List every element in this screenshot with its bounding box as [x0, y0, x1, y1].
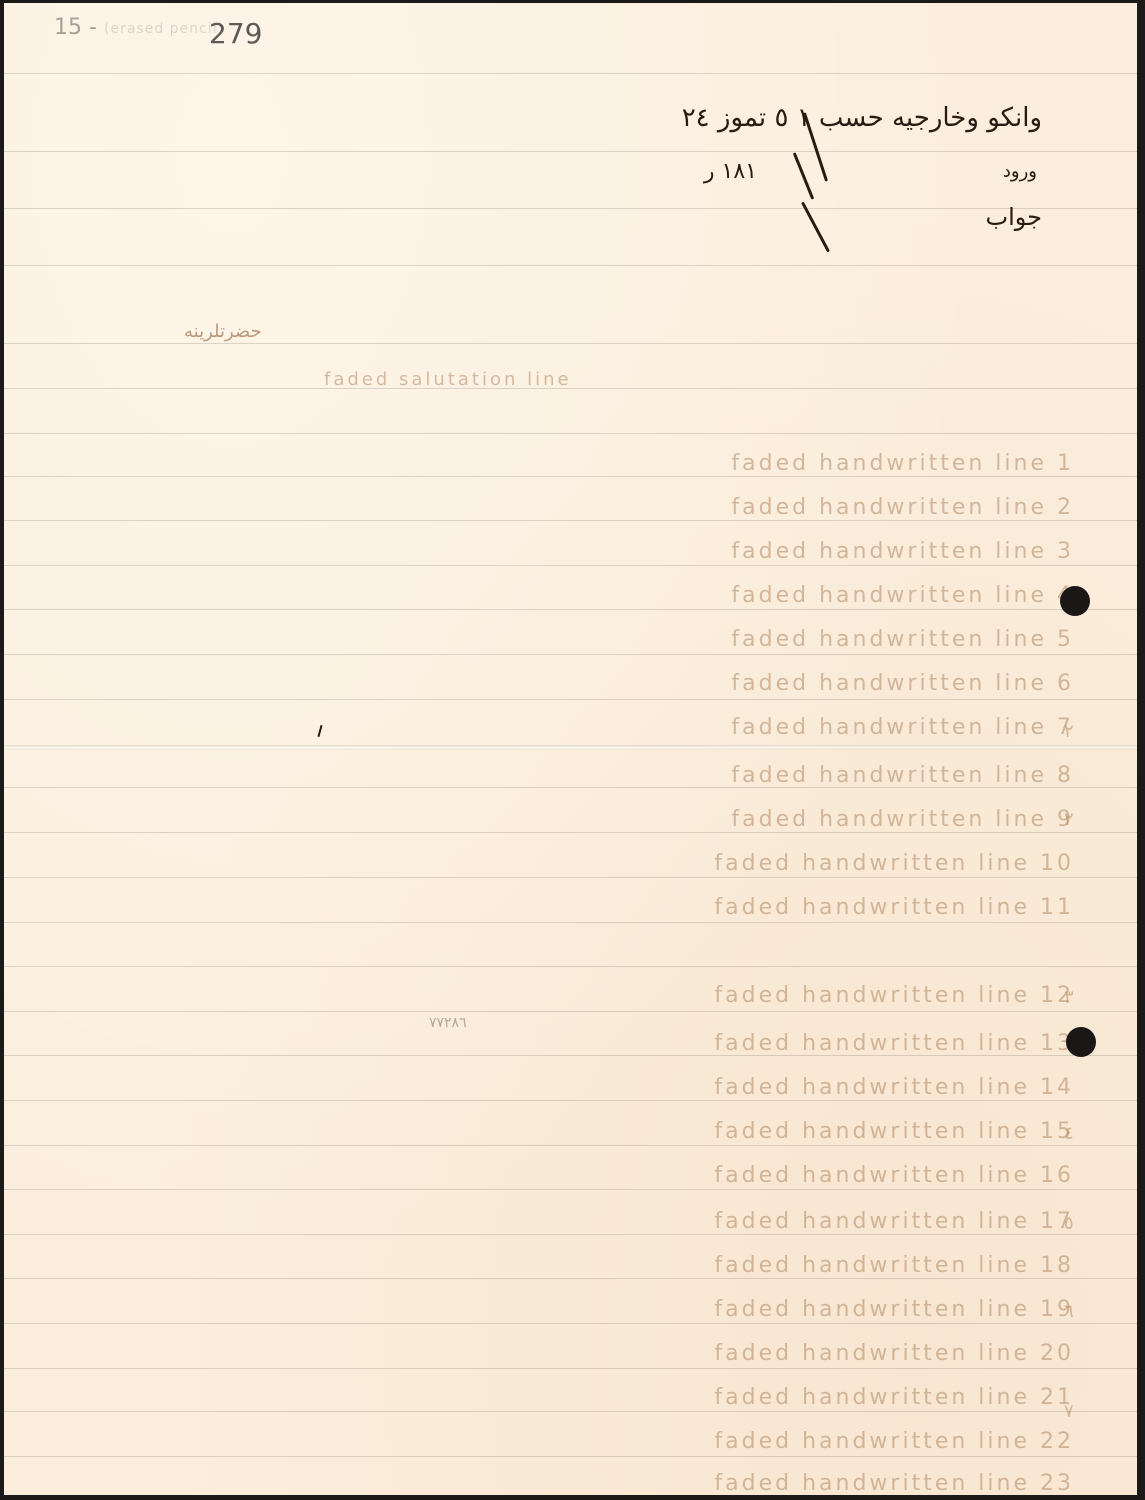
body-line: faded handwritten line 7: [104, 715, 1074, 740]
annotation-line-3: جواب: [986, 203, 1043, 231]
ruled-line: [4, 1011, 1137, 1012]
fold-crease: [4, 745, 1137, 750]
body-line: faded handwritten line 2: [104, 495, 1074, 520]
body-line: faded handwritten line 13: [104, 1031, 1074, 1056]
ruled-line: [4, 1411, 1137, 1412]
annotation-line-2: ورود: [1003, 161, 1037, 182]
margin-mark: ٥: [1064, 1213, 1074, 1234]
inline-numerals: ٧٧٢٨٦: [429, 1015, 467, 1031]
body-line: faded handwritten line 23: [104, 1471, 1074, 1495]
margin-mark: ٧: [1064, 1401, 1074, 1422]
body-line: faded handwritten line 18: [104, 1253, 1074, 1278]
archive-number: 279: [209, 17, 262, 50]
body-line: faded handwritten line 22: [104, 1429, 1074, 1454]
body-line: faded handwritten line 16: [104, 1163, 1074, 1188]
ruled-line: [4, 654, 1137, 655]
ruled-line: [4, 699, 1137, 700]
body-line: faded handwritten line 21: [104, 1385, 1074, 1410]
ruled-line: [4, 433, 1137, 434]
ruled-line: [4, 520, 1137, 521]
body-line: faded handwritten line 11: [104, 895, 1074, 920]
body-line: faded handwritten line 3: [104, 539, 1074, 564]
ruled-line: [4, 922, 1137, 923]
letter-salutation: faded salutation line: [324, 369, 572, 390]
ruled-line: [4, 609, 1137, 610]
annotation-stroke: [793, 152, 815, 199]
archive-erased-note: (erased pencil): [104, 21, 224, 37]
ruled-line: [4, 1189, 1137, 1190]
margin-mark: ٦: [1064, 1301, 1074, 1322]
ruled-line: [4, 1234, 1137, 1235]
ruled-line: [4, 208, 1137, 209]
body-line: faded handwritten line 8: [104, 763, 1074, 788]
ruled-line: [4, 832, 1137, 833]
punch-hole: [1066, 1027, 1096, 1057]
annotation-stroke: [801, 202, 830, 253]
ruled-line: [4, 151, 1137, 152]
archive-prefix: 15 -: [54, 15, 97, 40]
margin-mark: ٤: [1064, 1123, 1074, 1144]
letter-heading: حضرتلرينه: [184, 321, 262, 342]
body-line: faded handwritten line 4: [104, 583, 1074, 608]
body-line: faded handwritten line 17: [104, 1209, 1074, 1234]
ruled-line: [4, 1145, 1137, 1146]
ruled-line: [4, 476, 1137, 477]
body-line: faded handwritten line 15: [104, 1119, 1074, 1144]
manuscript-page: 15 - (erased pencil) 279 وانكو وخارجيه ح…: [4, 3, 1137, 1495]
ruled-line: [4, 877, 1137, 878]
ruled-line: [4, 966, 1137, 967]
annotation-number: ١٨١ ر: [704, 159, 757, 184]
margin-mark: ٣: [1064, 987, 1074, 1008]
ruled-line: [4, 1456, 1137, 1457]
margin-mark: ٢: [1064, 721, 1074, 742]
ruled-line: [4, 1323, 1137, 1324]
body-line: faded handwritten line 6: [104, 671, 1074, 696]
ruled-line: [4, 343, 1137, 344]
body-line: faded handwritten line 19: [104, 1297, 1074, 1322]
ruled-line: [4, 73, 1137, 74]
punch-hole: [1060, 586, 1090, 616]
body-line: faded handwritten line 9: [104, 807, 1074, 832]
ruled-line: [4, 1100, 1137, 1101]
ruled-line: [4, 265, 1137, 266]
body-line: faded handwritten line 20: [104, 1341, 1074, 1366]
body-line: faded handwritten line 10: [104, 851, 1074, 876]
body-line: faded handwritten line 5: [104, 627, 1074, 652]
ruled-line: [4, 565, 1137, 566]
ruled-line: [4, 1278, 1137, 1279]
annotation-line-1: وانكو وخارجيه حسب ١ ٥ تموز ٢٤: [682, 103, 1042, 133]
body-line: faded handwritten line 12: [104, 983, 1074, 1008]
body-line: faded handwritten line 14: [104, 1075, 1074, 1100]
margin-mark: ٢: [1064, 809, 1074, 830]
body-line: faded handwritten line 1: [104, 451, 1074, 476]
ruled-line: [4, 1368, 1137, 1369]
